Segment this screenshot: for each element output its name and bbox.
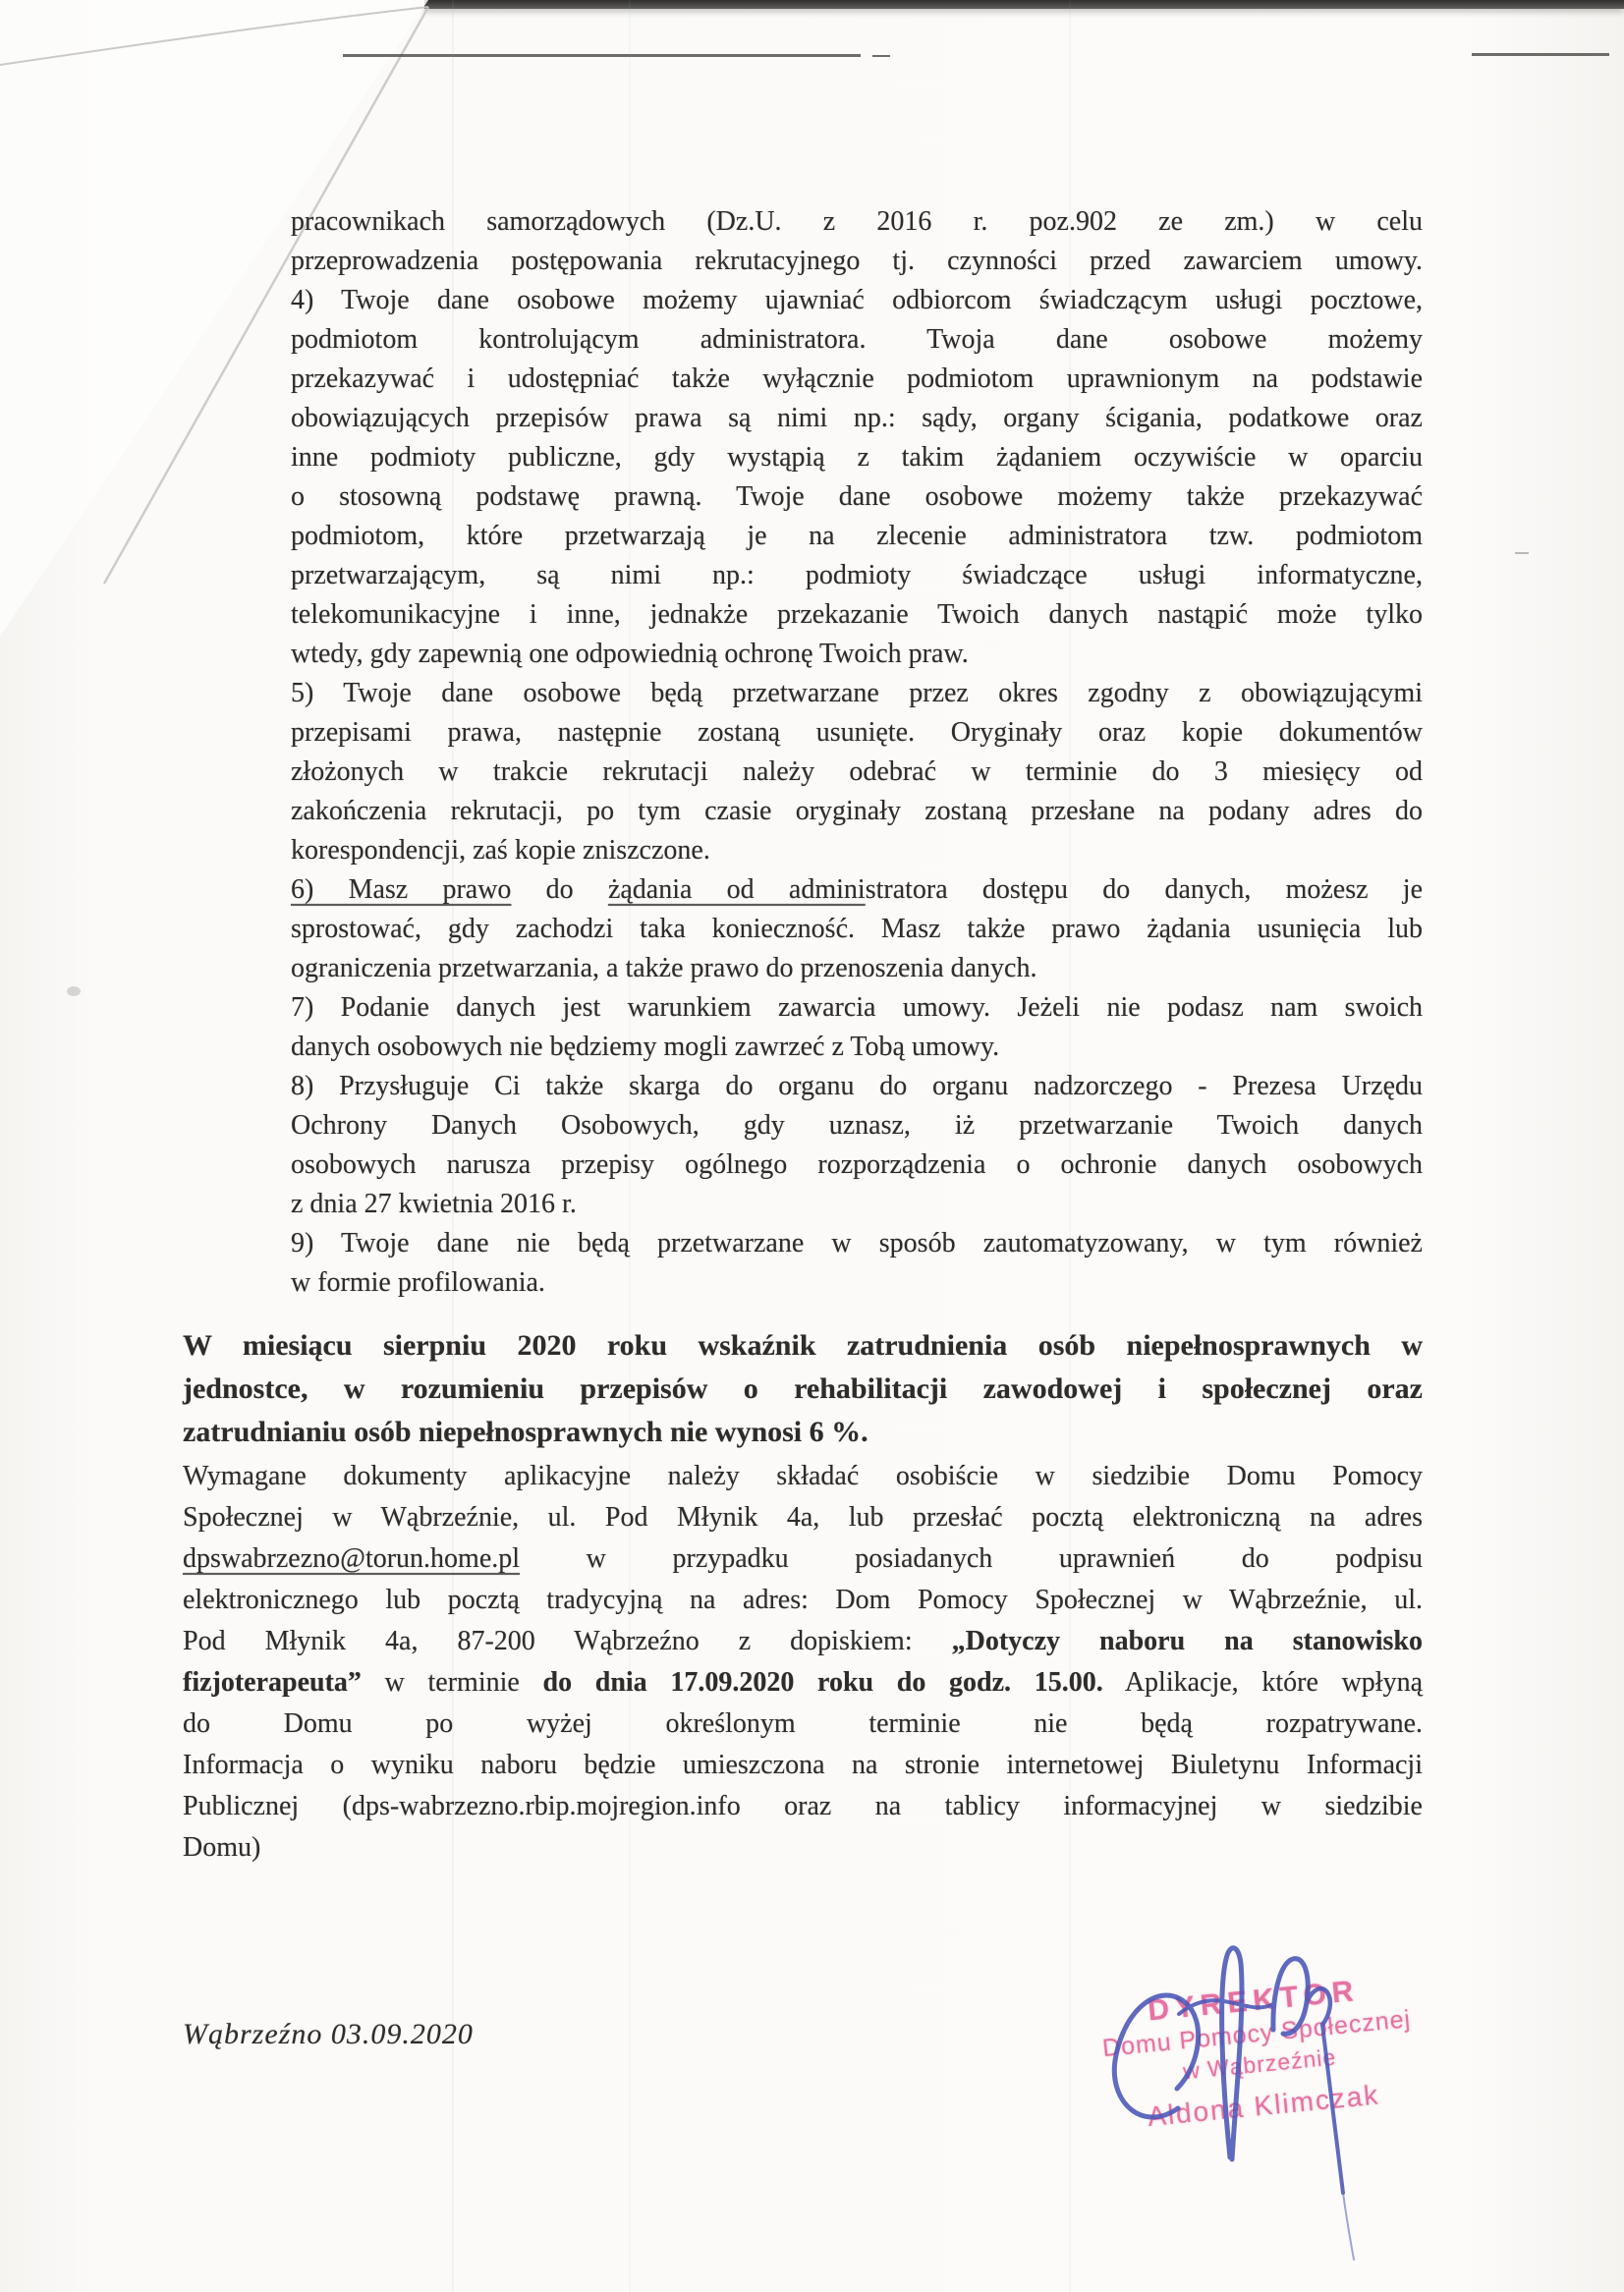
text-line: 8) Przysługuje Ci także skarga do organu… xyxy=(291,1067,1423,1106)
text-line: sprostować, gdy zachodzi taka koniecznoś… xyxy=(291,910,1423,949)
text-line: obowiązujących przepisów prawa są nimi n… xyxy=(291,399,1423,438)
text-line: telekomunikacyjne i inne, jednakże przek… xyxy=(291,595,1423,635)
scan-dash-artifact xyxy=(1515,552,1529,554)
text-line: 5) Twoje dane osobowe będą przetwarzane … xyxy=(291,674,1423,713)
text-line: inne podmioty publiczne, gdy wystąpią z … xyxy=(291,438,1423,477)
text-line: zakończenia rekrutacji, po tym czasie or… xyxy=(291,792,1423,831)
director-stamp: DYREKTOR Domu Pomocy Społecznej w Wąbrze… xyxy=(1078,1968,1439,2138)
text-line: wtedy, gdy zapewnią one odpowiednią ochr… xyxy=(291,635,1423,674)
text-line: o stosowną podstawę prawną. Twoje dane o… xyxy=(291,477,1423,517)
text-line: ograniczenia przetwarzania, a także praw… xyxy=(291,949,1423,988)
scanned-document-page: pracownikach samorządowych (Dz.U. z 2016… xyxy=(0,0,1624,2292)
scan-smudge-artifact xyxy=(67,986,81,996)
text-line: elektronicznego lub pocztą tradycyjną na… xyxy=(183,1580,1423,1621)
text-line: Domu) xyxy=(183,1827,1423,1869)
text-line: podmiotom, które przetwarzają je na zlec… xyxy=(291,517,1423,556)
scan-line-artifact xyxy=(343,54,861,57)
text-line: osobowych narusza przepisy ogólnego rozp… xyxy=(291,1146,1423,1185)
text-line: Społecznej w Wąbrzeźnie, ul. Pod Młynik … xyxy=(183,1497,1423,1538)
text-line: 6) Masz prawo do żądania od administrato… xyxy=(291,870,1423,910)
text-line: zatrudnianiu osób niepełnosprawnych nie … xyxy=(183,1411,1423,1454)
text-line: Publicznej (dps-wabrzezno.rbip.mojregion… xyxy=(183,1786,1423,1827)
text-line: fizjoterapeuta” w terminie do dnia 17.09… xyxy=(183,1662,1423,1704)
text-line: Pod Młynik 4a, 87-200 Wąbrzeźno z dopisk… xyxy=(183,1621,1423,1662)
text-line: W miesiącu sierpniu 2020 roku wskaźnik z… xyxy=(183,1324,1423,1368)
text-line: do Domu po wyżej określonym terminie nie… xyxy=(183,1704,1423,1745)
text-line: przetwarzającym, są nimi np.: podmioty ś… xyxy=(291,556,1423,595)
disability-employment-notice-block: W miesiącu sierpniu 2020 roku wskaźnik z… xyxy=(183,1324,1423,1454)
text-line: 4) Twoje dane osobowe możemy ujawniać od… xyxy=(291,281,1423,320)
application-instructions-block: Wymagane dokumenty aplikacyjne należy sk… xyxy=(183,1456,1423,1869)
text-line: przekazywać i udostępniać także wyłączni… xyxy=(291,360,1423,399)
text-line: w formie profilowania. xyxy=(291,1263,1423,1303)
text-line: podmiotom kontrolującym administratora. … xyxy=(291,320,1423,360)
text-line: złożonych w trakcie rekrutacji należy od… xyxy=(291,753,1423,792)
text-line: pracownikach samorządowych (Dz.U. z 2016… xyxy=(291,202,1423,242)
text-line: Wymagane dokumenty aplikacyjne należy sk… xyxy=(183,1456,1423,1497)
text-line: danych osobowych nie będziemy mogli zawr… xyxy=(291,1028,1423,1067)
text-line: Informacja o wyniku naboru będzie umiesz… xyxy=(183,1745,1423,1786)
text-line: przeprowadzenia postępowania rekrutacyjn… xyxy=(291,242,1423,281)
text-line: z dnia 27 kwietnia 2016 r. xyxy=(291,1185,1423,1224)
text-line: dpswabrzezno@torun.home.pl w przypadku p… xyxy=(183,1538,1423,1580)
place-date-line: Wąbrzeźno 03.09.2020 xyxy=(183,2018,474,2051)
gdpr-clauses-block: pracownikach samorządowych (Dz.U. z 2016… xyxy=(291,202,1423,1303)
text-line: Ochrony Danych Osobowych, gdy uznasz, iż… xyxy=(291,1106,1423,1146)
text-line: jednostce, w rozumieniu przepisów o reha… xyxy=(183,1368,1423,1411)
text-line: przepisami prawa, następnie zostaną usun… xyxy=(291,713,1423,753)
scan-line-artifact xyxy=(872,55,890,57)
text-line: 9) Twoje dane nie będą przetwarzane w sp… xyxy=(291,1224,1423,1263)
scan-line-artifact xyxy=(1472,53,1609,56)
text-line: 7) Podanie danych jest warunkiem zawarci… xyxy=(291,988,1423,1028)
text-line: korespondencji, zaś kopie zniszczone. xyxy=(291,831,1423,870)
